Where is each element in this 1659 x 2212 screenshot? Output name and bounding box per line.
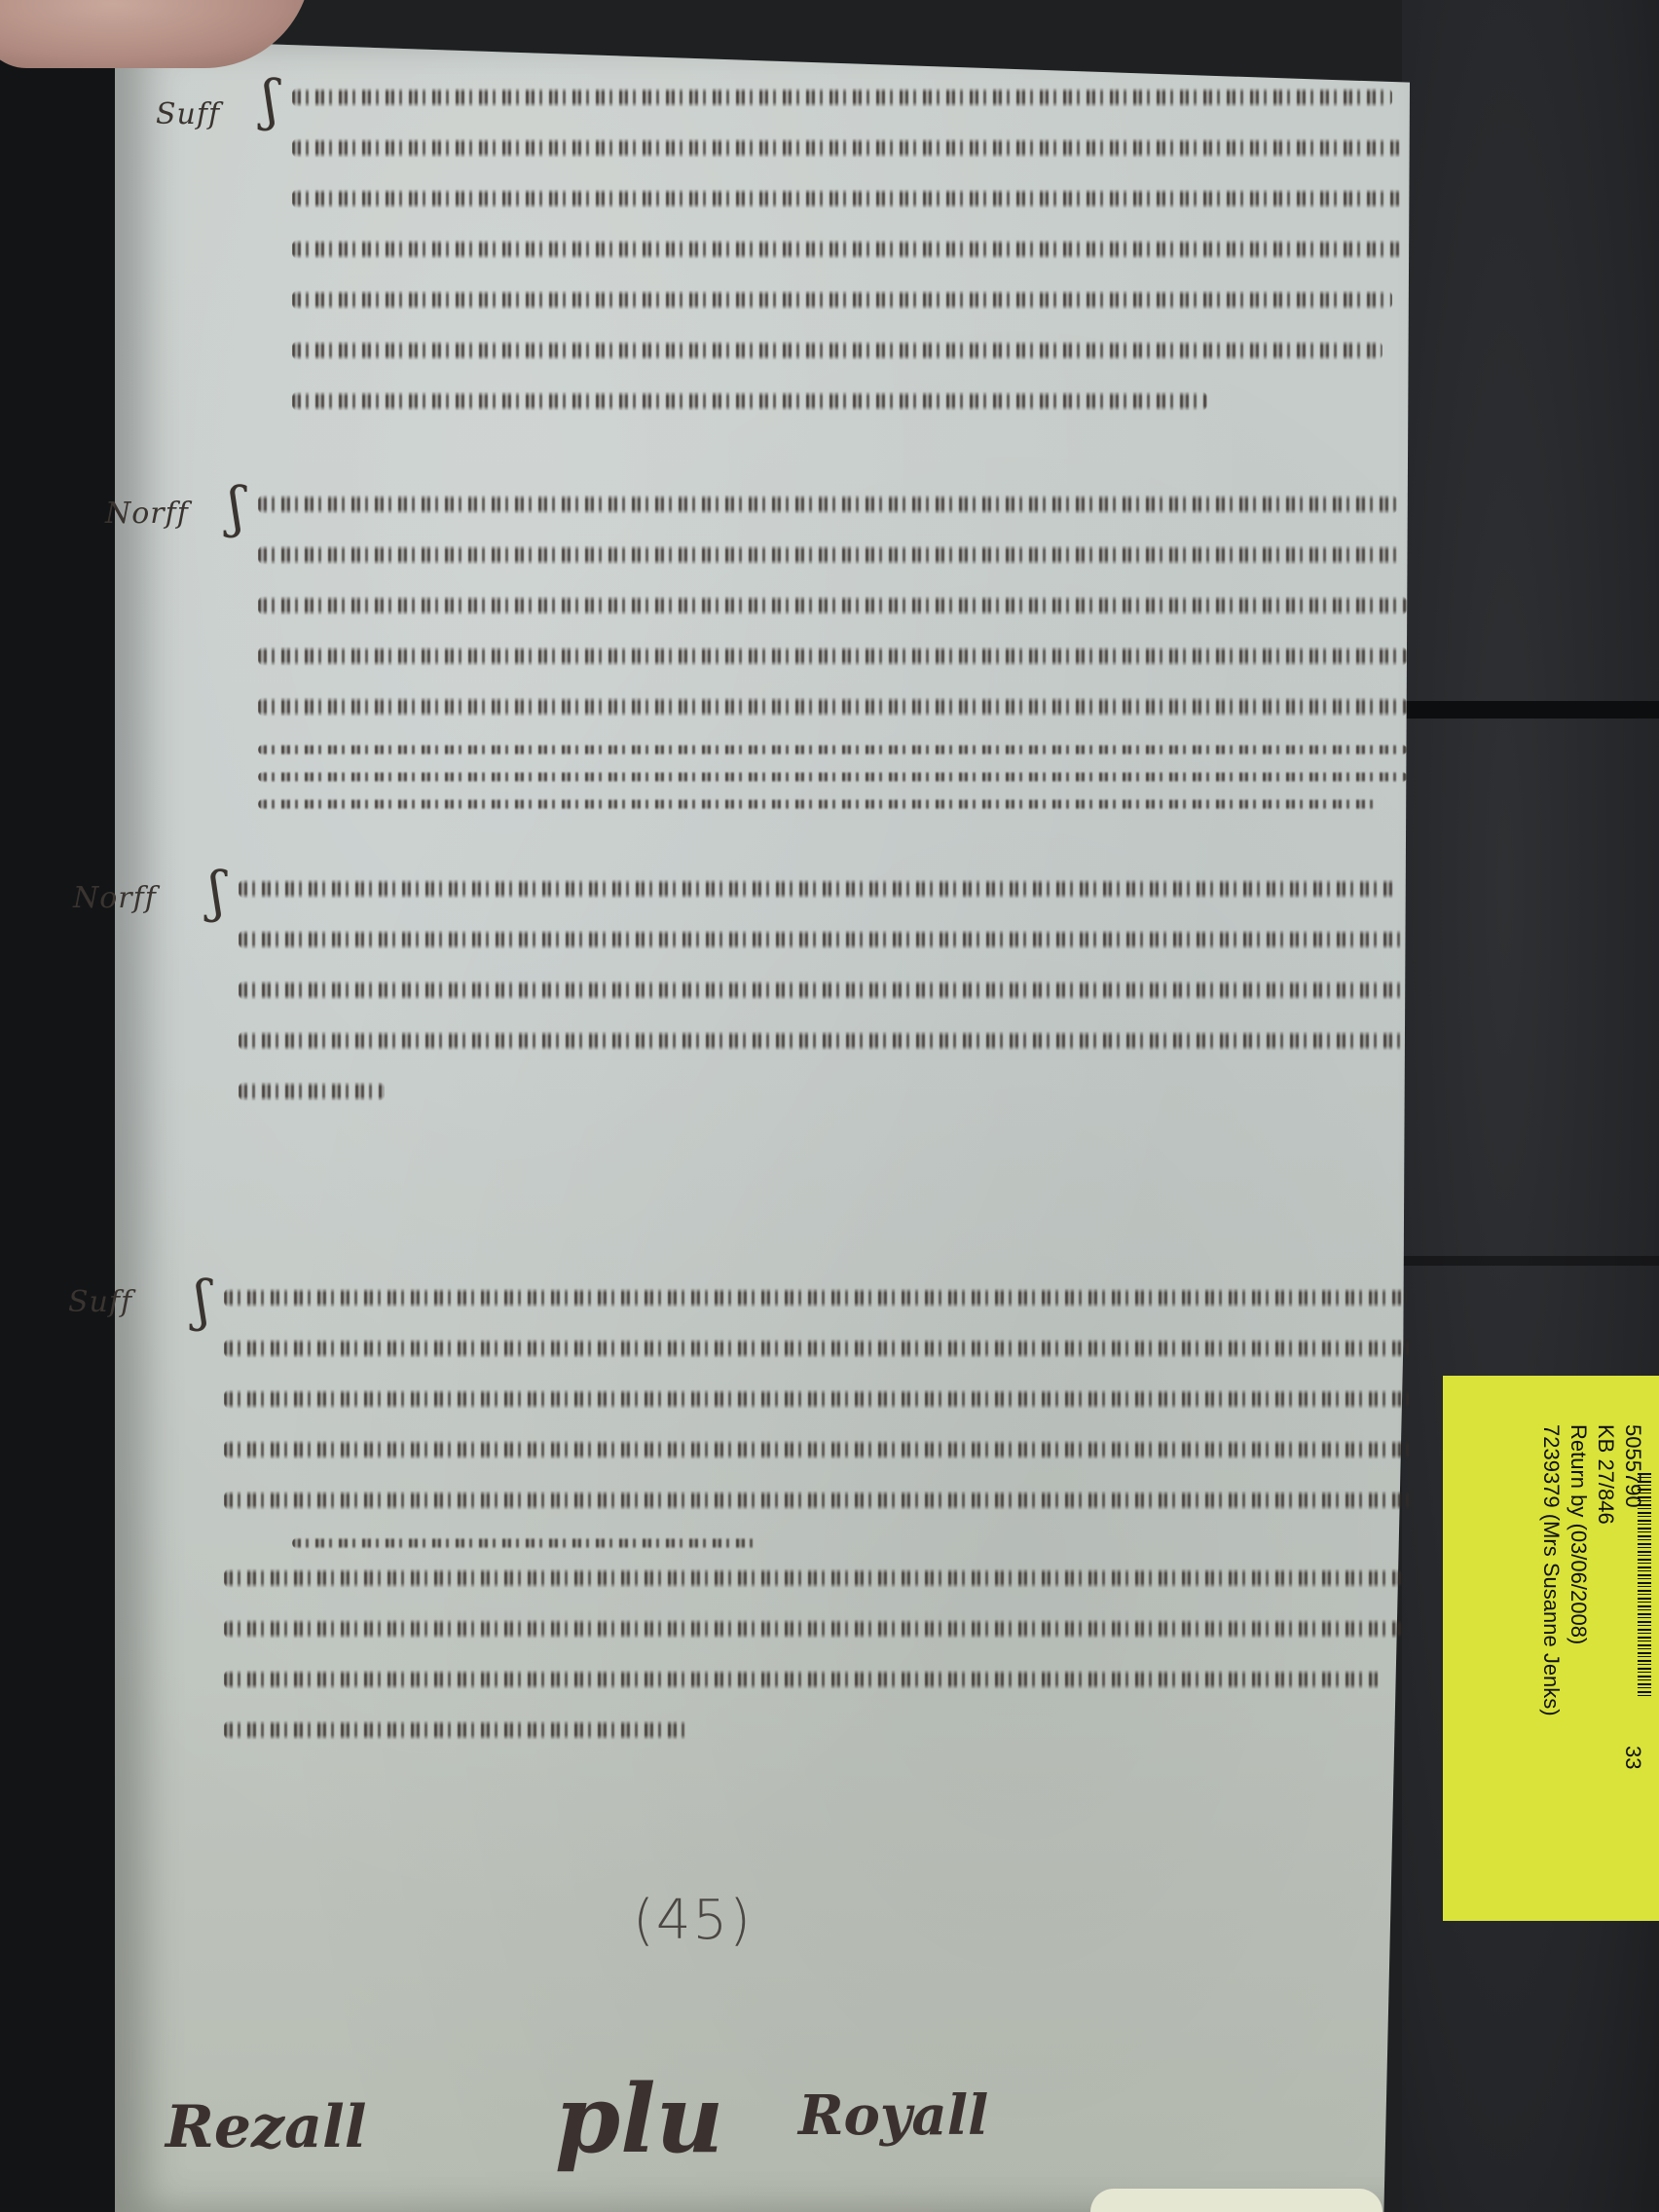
initial-letter: ʃ: [229, 481, 243, 535]
entry-1: ʃ: [292, 80, 1402, 434]
signature-right: Royall: [798, 2083, 988, 2148]
entry-3: ʃ: [239, 871, 1407, 1124]
folio-number: (45): [633, 1889, 753, 1952]
shelf-edge: [1402, 1256, 1659, 1266]
entry-2: ʃ: [258, 487, 1407, 822]
margin-label-county: Suff: [68, 1285, 132, 1319]
paper-scrap: [1090, 2189, 1382, 2212]
barcode: [1638, 1473, 1651, 1697]
slip-return-date: Return by (03/06/2008): [1566, 1424, 1591, 1644]
shelf-edge: [1402, 701, 1659, 719]
margin-label-county: Suff: [156, 97, 220, 131]
initial-letter: ʃ: [209, 866, 224, 920]
signature-center: plu: [555, 2064, 723, 2174]
margin-label-county: Norff: [105, 497, 189, 531]
slip-reader: 7239379 (Mrs Susanne Jenks): [1538, 1424, 1564, 1716]
slip-count: 33: [1620, 1746, 1645, 1769]
initial-letter: ʃ: [263, 74, 277, 129]
margin-label-county: Norff: [73, 881, 157, 915]
slip-reference: KB 27/846: [1593, 1424, 1618, 1525]
entry-4: ʃ: [224, 1280, 1412, 1763]
signature-left: Rezall: [166, 2093, 367, 2161]
initial-letter: ʃ: [195, 1274, 209, 1329]
archive-request-slip: 5055790 KB 27/846 Return by (03/06/2008)…: [1443, 1376, 1659, 1921]
